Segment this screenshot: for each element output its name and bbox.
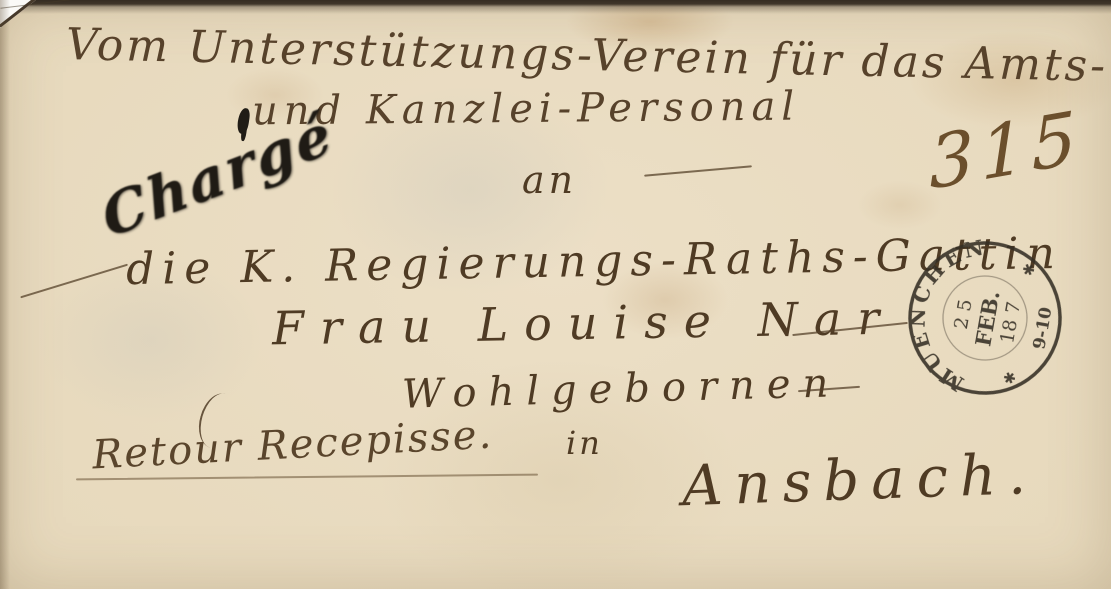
address-line-2: Frau Louise Nar	[272, 291, 896, 356]
envelope-top-edge	[0, 0, 1111, 14]
envelope-left-edge	[0, 0, 10, 589]
address-line-4: in	[566, 424, 603, 462]
scanned-postal-cover: Vom Unterstützungs-Verein für das Amts- …	[0, 0, 1111, 589]
salutation-an: an	[522, 158, 577, 202]
postmark-star-left-icon: ✱	[1000, 370, 1020, 386]
postmark-time: 9-10	[1030, 305, 1057, 351]
muenchen-postmark: MUENCHEN ✱ ✱ 2 5 FEB. 18 7 9-10	[890, 223, 1080, 413]
address-line-5: Ansbach.	[681, 442, 1039, 519]
postmark-star-right-icon: ✱	[1019, 262, 1039, 278]
sender-line-2: und Kanzlei-Personal	[252, 84, 800, 135]
